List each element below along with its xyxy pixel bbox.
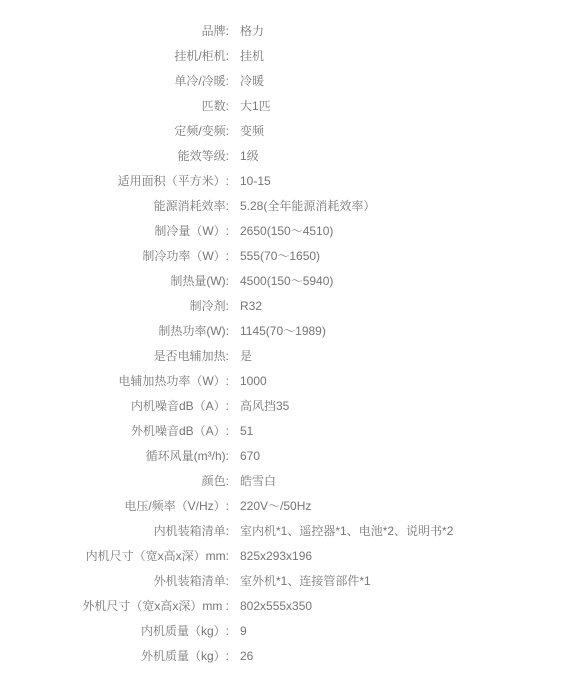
spec-label: 循环风量(m³/h): [0, 444, 229, 469]
spec-row: 制冷量（W）:2650(150～4510) [0, 219, 577, 244]
spec-value: 室内机*1、遥控器*1、电池*2、说明书*2 [240, 519, 453, 544]
spec-value: 26 [240, 644, 253, 669]
spec-value: 是 [240, 344, 252, 369]
spec-value: 1000 [240, 369, 267, 394]
spec-label: 能效等级: [0, 144, 229, 169]
spec-label: 内机装箱清单: [0, 519, 229, 544]
spec-row: 能源消耗效率:5.28(全年能源消耗效率） [0, 194, 577, 219]
spec-row: 内机装箱清单:室内机*1、遥控器*1、电池*2、说明书*2 [0, 519, 577, 544]
spec-label: 制热功率(W): [0, 319, 229, 344]
spec-value: 皓雪白 [240, 469, 276, 494]
spec-row: 内机尺寸（宽x高x深）mm:825x293x196 [0, 544, 577, 569]
spec-row: 定频/变频:变频 [0, 119, 577, 144]
spec-table: 品牌:格力挂机/柜机:挂机单冷/冷暖:冷暖匹数:大1匹定频/变频:变频能效等级:… [0, 0, 577, 669]
spec-label: 单冷/冷暖: [0, 69, 229, 94]
spec-row: 是否电辅加热:是 [0, 344, 577, 369]
spec-value: R32 [240, 294, 262, 319]
spec-value: 变频 [240, 119, 264, 144]
spec-row: 外机尺寸（宽x高x深）mm :802x555x350 [0, 594, 577, 619]
spec-label: 外机尺寸（宽x高x深）mm : [0, 594, 229, 619]
spec-value: 1145(70～1989) [240, 319, 326, 344]
spec-value: 挂机 [240, 44, 264, 69]
spec-value: 室外机*1、连接管部件*1 [240, 569, 371, 594]
spec-label: 制冷功率（W）: [0, 244, 229, 269]
spec-label: 外机质量（kg）: [0, 644, 229, 669]
spec-label: 制热量(W): [0, 269, 229, 294]
spec-label: 适用面积（平方米）: [0, 169, 229, 194]
spec-value: 2650(150～4510) [240, 219, 333, 244]
spec-value: 220V～/50Hz [240, 494, 311, 519]
spec-value: 825x293x196 [240, 544, 312, 569]
spec-row: 外机质量（kg）:26 [0, 644, 577, 669]
spec-row: 制冷功率（W）:555(70～1650) [0, 244, 577, 269]
spec-row: 品牌:格力 [0, 19, 577, 44]
spec-value: 高风挡35 [240, 394, 289, 419]
spec-value: 555(70～1650) [240, 244, 320, 269]
spec-value: 冷暖 [240, 69, 264, 94]
spec-label: 定频/变频: [0, 119, 229, 144]
spec-row: 匹数:大1匹 [0, 94, 577, 119]
spec-label: 匹数: [0, 94, 229, 119]
spec-label: 内机噪音dB（A）: [0, 394, 229, 419]
spec-row: 外机噪音dB（A）:51 [0, 419, 577, 444]
spec-value: 51 [240, 419, 253, 444]
spec-value: 格力 [240, 19, 264, 44]
spec-row: 能效等级:1级 [0, 144, 577, 169]
spec-label: 颜色: [0, 469, 229, 494]
spec-label: 内机尺寸（宽x高x深）mm: [0, 544, 229, 569]
spec-row: 单冷/冷暖:冷暖 [0, 69, 577, 94]
spec-value: 1级 [240, 144, 259, 169]
spec-value: 670 [240, 444, 260, 469]
spec-label: 内机质量（kg）: [0, 619, 229, 644]
spec-row: 制热量(W):4500(150～5940) [0, 269, 577, 294]
spec-value: 5.28(全年能源消耗效率） [240, 194, 375, 219]
spec-label: 是否电辅加热: [0, 344, 229, 369]
spec-label: 外机噪音dB（A）: [0, 419, 229, 444]
spec-row: 颜色:皓雪白 [0, 469, 577, 494]
spec-row: 外机装箱清单:室外机*1、连接管部件*1 [0, 569, 577, 594]
spec-row: 制冷剂:R32 [0, 294, 577, 319]
spec-row: 电辅加热功率（W）:1000 [0, 369, 577, 394]
spec-label: 能源消耗效率: [0, 194, 229, 219]
spec-value: 802x555x350 [240, 594, 312, 619]
spec-row: 循环风量(m³/h):670 [0, 444, 577, 469]
spec-row: 内机质量（kg）:9 [0, 619, 577, 644]
spec-row: 制热功率(W):1145(70～1989) [0, 319, 577, 344]
spec-value: 10-15 [240, 169, 271, 194]
spec-value: 9 [240, 619, 247, 644]
spec-value: 4500(150～5940) [240, 269, 333, 294]
spec-row: 电压/频率（V/Hz）:220V～/50Hz [0, 494, 577, 519]
spec-label: 制冷剂: [0, 294, 229, 319]
spec-label: 电压/频率（V/Hz）: [0, 494, 229, 519]
spec-label: 品牌: [0, 19, 229, 44]
spec-row: 内机噪音dB（A）:高风挡35 [0, 394, 577, 419]
spec-row: 挂机/柜机:挂机 [0, 44, 577, 69]
spec-label: 电辅加热功率（W）: [0, 369, 229, 394]
spec-label: 外机装箱清单: [0, 569, 229, 594]
spec-value: 大1匹 [240, 94, 271, 119]
spec-row: 适用面积（平方米）:10-15 [0, 169, 577, 194]
spec-label: 挂机/柜机: [0, 44, 229, 69]
spec-label: 制冷量（W）: [0, 219, 229, 244]
